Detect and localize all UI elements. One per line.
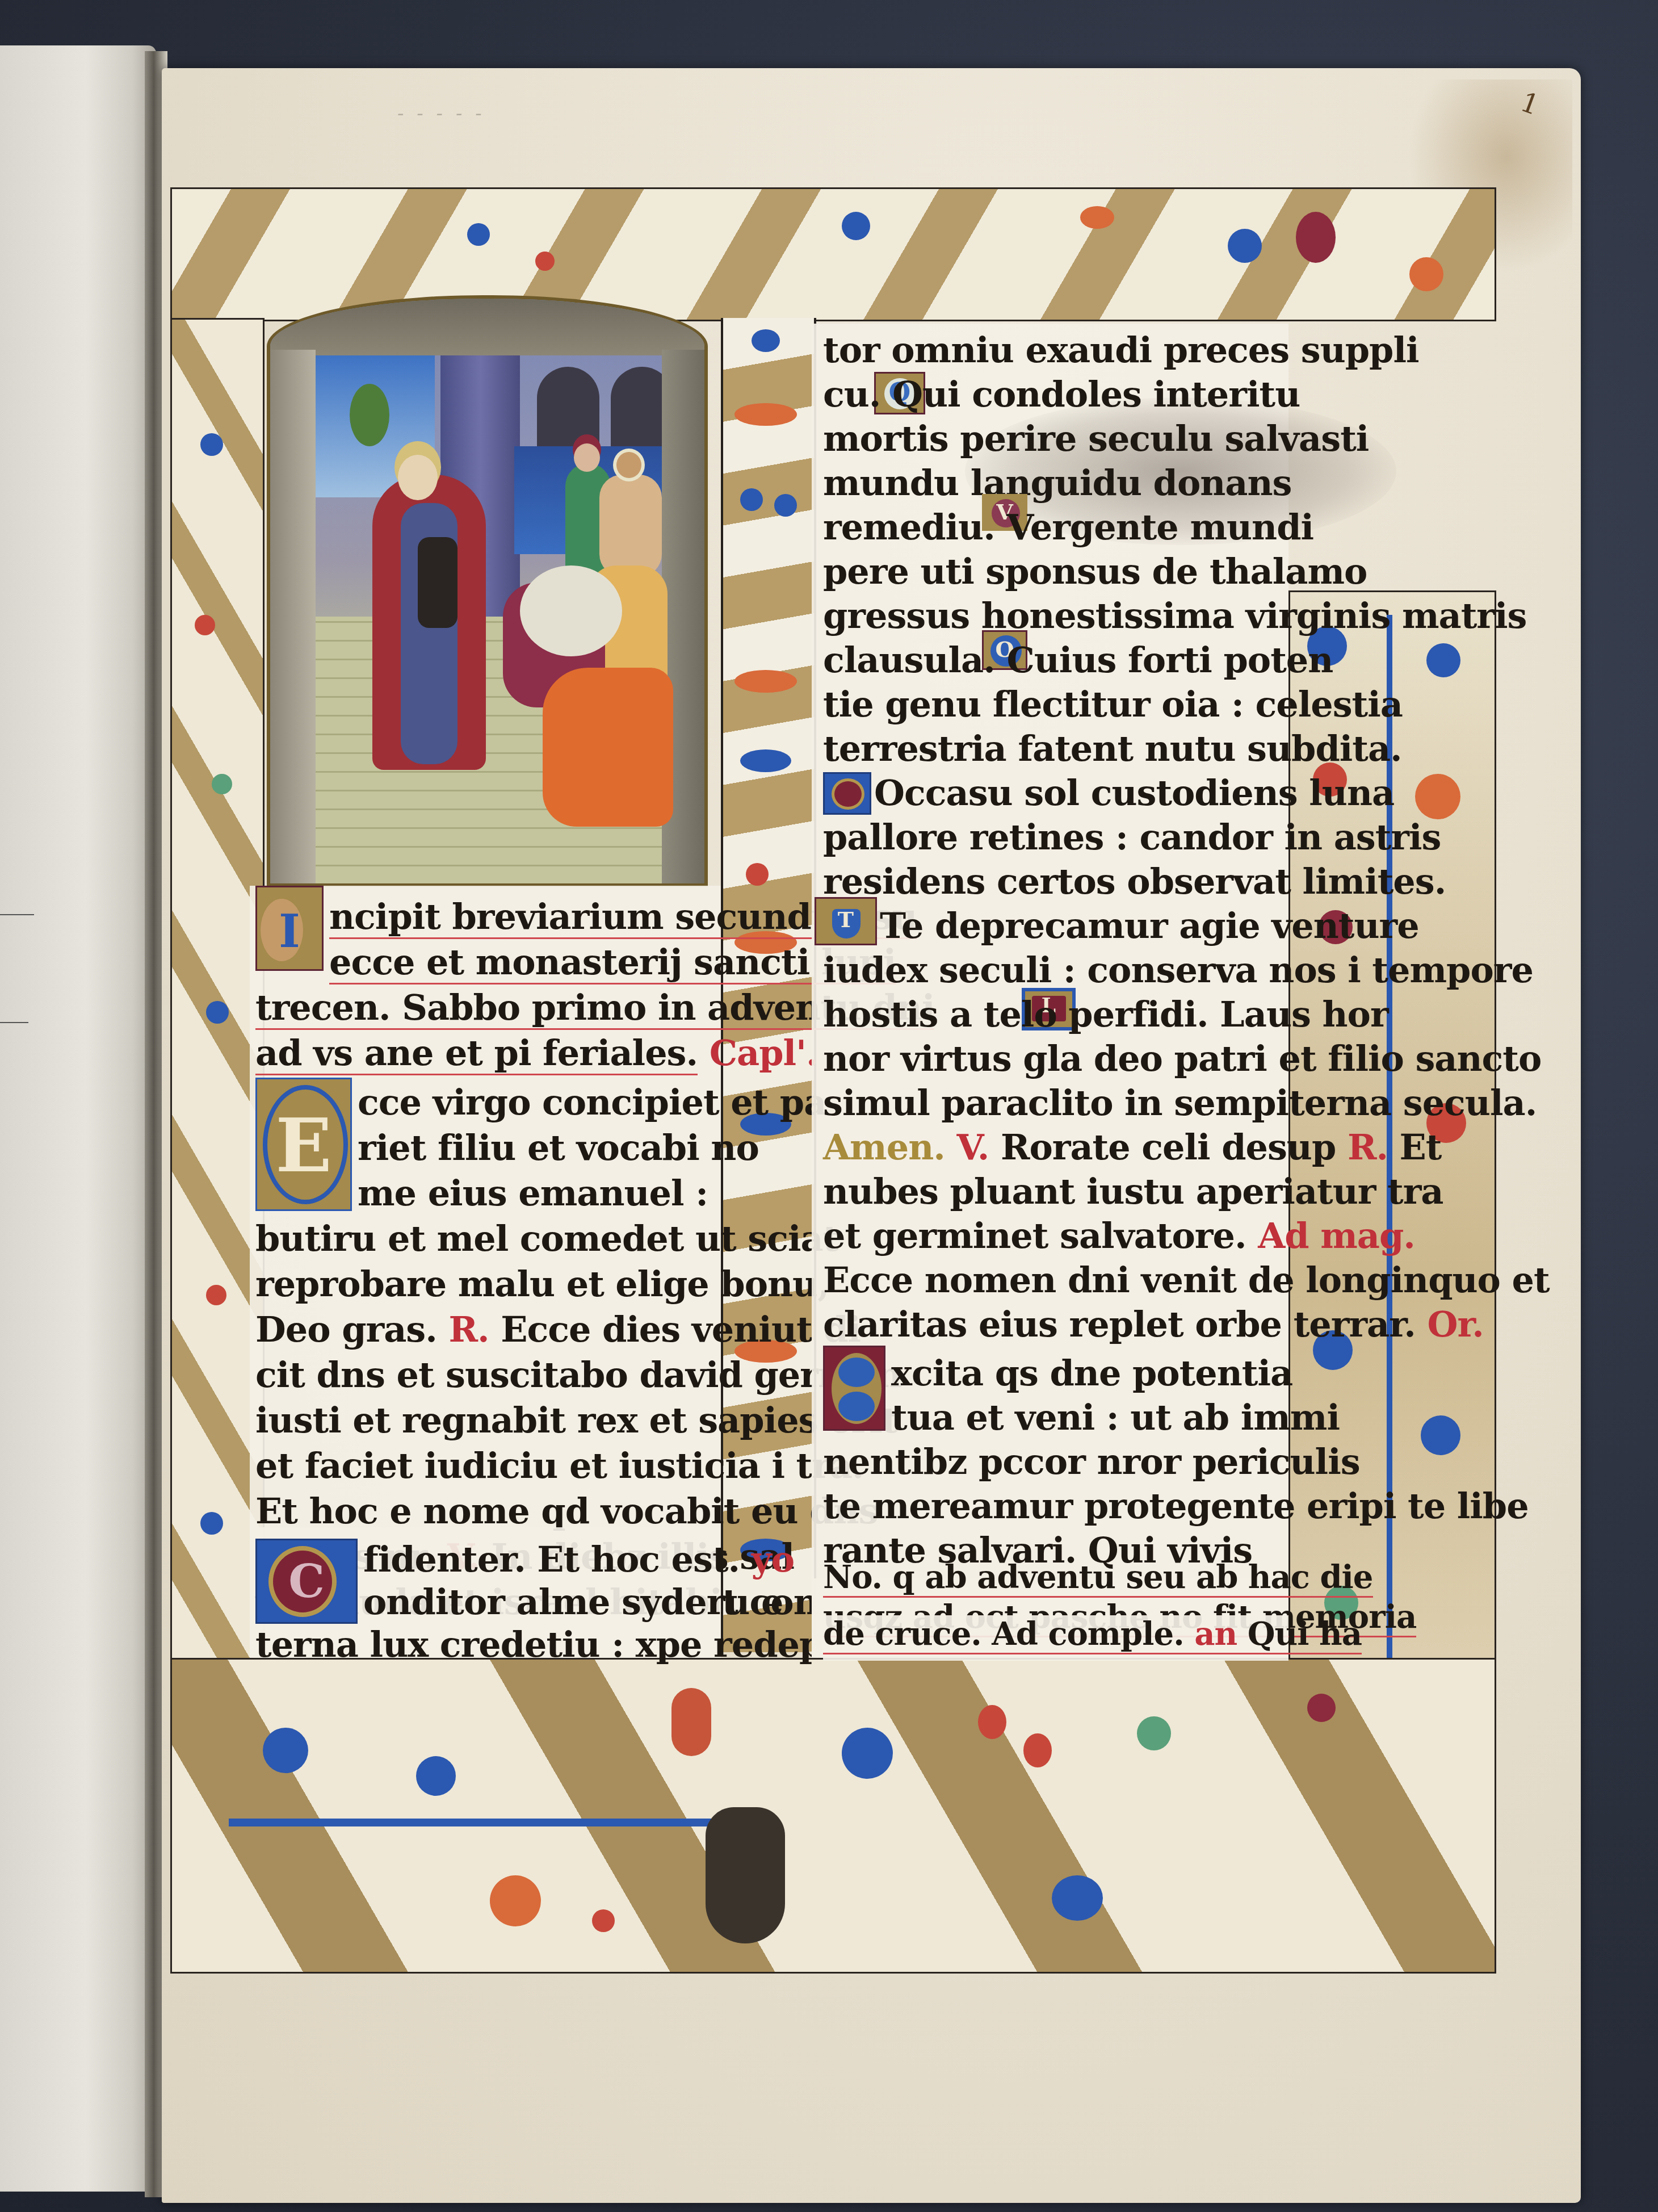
rubric-response: R. (1348, 1126, 1388, 1168)
text-line: nentibz pccor nror periculis (823, 1441, 1360, 1482)
text-line: Occasu sol custodiens luna (874, 772, 1394, 814)
figure-orange-robe (543, 668, 673, 827)
text-line: nor virtus gla deo patri et filio sancto (823, 1038, 1541, 1079)
vase-icon (706, 1807, 785, 1943)
decorated-initial-E-2: E (823, 1346, 885, 1431)
text-line: simul paraclito in sempiterna secula. (823, 1082, 1537, 1124)
text-column-right-bottom: de cruce. Ad comple. an Qui ha (823, 1615, 1288, 1661)
text-line: terna lux credetiu : xpe redep (255, 1624, 823, 1665)
text-line: mundu languidu donans (823, 462, 1292, 504)
decorated-initial-C: C (255, 1539, 358, 1624)
tree-icon (350, 384, 389, 446)
text-line: Ecce nomen dni venit de longinquo et (823, 1259, 1550, 1301)
rubric-ad-magnificat: Ad mag. (1258, 1215, 1415, 1256)
text-line: clausula. Cuius forti poten (823, 639, 1333, 681)
rubric-hymn: yo (752, 1539, 794, 1580)
rubric-capitulum: Capl'. (710, 1032, 818, 1074)
text-line: cce virgo concipiet et pa (358, 1082, 826, 1123)
decorated-initial-E: E (255, 1078, 352, 1211)
decorated-initial-I: I (255, 886, 324, 971)
miniature-painting (267, 295, 708, 887)
text-line: pallore retines : candor in astris (823, 816, 1441, 858)
text-line: mortis perire seculu salvasti (823, 418, 1369, 459)
text-line: cu. Qui condoles interitu (823, 374, 1300, 415)
bleed-through-mark (0, 1022, 28, 1023)
arched-window (537, 367, 599, 452)
text-column-left-lower: C fidenter. Et hoc est. yo onditor alme … (250, 1527, 721, 1658)
text-line: iusti et regnabit rex et sapies erit (255, 1400, 897, 1441)
text-line: ecce et monasterij sancti lupi (329, 941, 896, 984)
text-line: terrestria fatent nutu subdita. (823, 728, 1402, 769)
text-line: cit dns et suscitabo david germen (255, 1354, 901, 1396)
text-line: tua et veni : ut ab immi (891, 1397, 1340, 1438)
text-column-right: tor omniu exaudi preces suppli Q cu. Qui… (812, 324, 1288, 1658)
text-line: pere uti sponsus de thalamo (823, 551, 1367, 592)
text-line: me eius emanuel : (358, 1172, 708, 1214)
rubric-versicle: V. (956, 1126, 989, 1168)
halo-icon (616, 452, 641, 478)
text-line: ad vs ane et pi feriales. Capl'. (255, 1032, 818, 1074)
text-line: Te deprecamur agie venture (880, 905, 1419, 946)
text-line: No. q ab adventu seu ab hac die (823, 1559, 1373, 1598)
text-line: et germinet salvatore. Ad mag. (823, 1215, 1415, 1256)
border-bottom-decoration (170, 1658, 1496, 1974)
rubric-oratio: Or. (1427, 1304, 1484, 1345)
scroll-icon (418, 537, 457, 628)
facing-page-verso (0, 45, 156, 2192)
text-line: tor omniu exaudi preces suppli (823, 329, 1419, 371)
text-line: residens certos observat limites. (823, 861, 1446, 902)
grotesque-figure-icon (671, 1688, 711, 1756)
text-line: gressus honestissima virginis matris (823, 595, 1526, 636)
text-line: et faciet iudiciu et iusticia i tra. (255, 1445, 864, 1486)
text-line: onditor alme syderu e (363, 1581, 783, 1623)
text-line: claritas eius replet orbe terrar. Or. (823, 1304, 1484, 1345)
text-line: Deo gras. R. Ecce dies veniut di (255, 1309, 861, 1350)
text-line: te mereamur protegente eripi te libe (823, 1485, 1529, 1527)
text-line: fidenter. Et hoc est. yo (363, 1539, 794, 1580)
prophet-head (398, 455, 438, 500)
gothic-arch (270, 299, 704, 355)
decorated-initial-O-2 (823, 772, 871, 815)
pencil-annotation: - - - - - (397, 102, 485, 125)
figure-white-robe (520, 565, 622, 656)
text-line: reprobare malu et elige bonu, (255, 1263, 829, 1305)
text-line: iudex seculi : conserva nos i tempore (823, 949, 1533, 991)
text-line: Amen. V. Rorate celi desup R. Et (823, 1126, 1442, 1168)
text-line: butiru et mel comedet ut sciat (255, 1218, 838, 1259)
figure-green-head (574, 443, 600, 472)
rubric-antiphon: an (1194, 1615, 1237, 1653)
text-line: hostis a telo perfidi. Laus hor (823, 994, 1388, 1035)
text-line: Et hoc e nome qd vocabit eu dns (255, 1490, 878, 1532)
text-line: remediu. Vergente mundi (823, 506, 1313, 548)
stone-pillar-left (270, 350, 316, 883)
text-line: xcita qs dne potentia (891, 1352, 1292, 1394)
text-line: riet filiu et vocabi no (358, 1127, 759, 1168)
text-line: nubes pluant iustu aperiatur tra (823, 1171, 1443, 1212)
rubric-response: R. (448, 1309, 489, 1350)
text-line: de cruce. Ad comple. an Qui ha (823, 1615, 1362, 1654)
haloed-figure (599, 475, 662, 577)
text-line: tie genu flectitur oia : celestia (823, 684, 1403, 725)
bleed-through-mark (0, 914, 34, 915)
decorated-initial-T: T (815, 897, 877, 945)
